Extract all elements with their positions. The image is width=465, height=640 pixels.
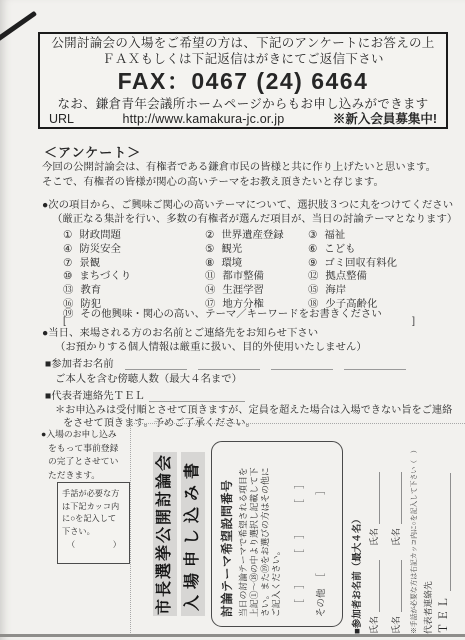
bracket-open: （ (67, 539, 75, 552)
survey-intro-line2: そこで、有権者の皆様が関心の高いテーマをお教え頂きたいと存じます。 (42, 176, 436, 191)
scan-bottom-edge (0, 634, 465, 637)
theme-box-body-line3: さい。また⑲をお選びの方はその他に (260, 450, 271, 617)
theme-slot-3: ［ ］ (291, 479, 306, 509)
fax-instruction-box: 公開討論会の入場をご希望の方は、下記のアンケートにお答えの上 ＦＡＸもしくは下記… (38, 32, 448, 129)
sign-language-note-box: 手話が必要な方 は下記カッコ内 に○を記入して 下さい。 （ ） (57, 482, 130, 564)
participants-label: ■参加者お名前 (45, 355, 114, 370)
theme-item: ⑩まちづくり (63, 267, 205, 281)
form-tel-blank (439, 473, 451, 591)
theme-slot-1: ［ ］ (291, 579, 306, 609)
form-sign-language-note: ※手話が必要な方は右記カッコ内に○を記入して下さい（ ） (408, 446, 418, 634)
entry-form-rotated: 市長選挙公開討論会 入場申し込み書 討論テーマ希望設問番号 当日の討論テーマで希… (145, 428, 462, 640)
theme-item: ⑮海岸 (308, 281, 455, 295)
url-line: URL http://www.kamakura-jc.or.jp ※新入会員募集… (40, 112, 446, 127)
entry-form-title-line1: 市長選挙公開討論会 (153, 452, 177, 616)
form-name-row-1: 氏名 氏名 (367, 472, 380, 634)
form-name-row-2: 氏名 氏名 (389, 472, 402, 634)
other-theme-field: その他 ［ ］ (313, 450, 327, 617)
theme-options-grid: ①財政問題 ②世界遺産登録 ③福祉 ④防災安全 ⑤観光 ⑥こども ⑦景観 ⑧環境… (63, 226, 455, 309)
fax-instruction-line1: 公開討論会の入場をご希望の方は、下記のアンケートにお答えの上 (51, 35, 434, 51)
theme-request-box-title: 討論テーマ希望設問番号 (218, 450, 235, 617)
theme-item: ④防災安全 (63, 240, 205, 254)
homepage-note: なお、鎌倉青年会議所ホームページからもお申し込みができます (58, 96, 429, 112)
theme-item: ①財政問題 (63, 226, 205, 240)
form-name-blank-3 (391, 560, 402, 612)
theme-box-body-line2: 上記①〜⑱の中より選択し記載して下 (249, 450, 260, 617)
theme-number-slots: ［ ］ ［ ］ ［ ］ (291, 450, 306, 617)
representative-tel-row: ■代表者連絡先ＴＥＬ (45, 387, 245, 402)
theme-request-box: 討論テーマ希望設問番号 当日の討論テーマで希望される項目を 上記①〜⑱の中より選… (211, 441, 343, 627)
pre-registration-line2: をもって事前登録 (41, 442, 118, 456)
sign-box-line2: は下記カッコ内 (62, 501, 126, 514)
theme-item: ⑥こども (308, 240, 455, 254)
name-label: 氏名 (367, 528, 380, 546)
fax-number: FAX：0467 (24) 6464 (118, 68, 369, 94)
theme-item: ⑤観光 (205, 240, 308, 254)
form-name-blank-4 (391, 472, 402, 524)
name-label: 氏名 (389, 616, 402, 634)
recruit-note: ※新入会員募集中! (333, 112, 437, 127)
participant-name-blank-4 (344, 358, 406, 370)
survey-title: ＜アンケート＞ (44, 142, 141, 161)
caution-line2: をさせて頂きます。予めご了承ください。 (63, 414, 256, 429)
cut-line-horizontal (130, 423, 465, 424)
sign-box-line1: 手話が必要な方 (62, 488, 126, 501)
theme-item: ⑨ゴミ回収有料化 (308, 254, 455, 268)
sign-box-line3: に○を記入して (62, 513, 126, 526)
theme-request-box-body: 当日の討論テーマで希望される項目を 上記①〜⑱の中より選択し記載して下 さい。ま… (238, 450, 282, 617)
pre-registration-line1: ●入場のお申し込み (41, 428, 118, 442)
survey-intro-line1: 今回の公開討論会は、有権者である鎌倉市民の皆様と共に作り上げたいと思います。 (42, 161, 436, 176)
theme-item: ⑧環境 (205, 254, 308, 268)
tel-label: ■代表者連絡先ＴＥＬ (45, 387, 145, 402)
pre-registration-line3: の完了とさせてい (41, 455, 118, 469)
form-tel-label: ＴＥＬ (435, 595, 451, 634)
theme-item: ⑬教育 (63, 281, 205, 295)
participant-name-blank-3 (271, 358, 333, 370)
scan-corner-artifact (0, 11, 37, 43)
entry-form-title-line2: 入場申し込み書 (181, 452, 205, 616)
site-url: http://www.kamakura-jc.or.jp (122, 112, 284, 127)
name-label: 氏名 (389, 528, 402, 546)
theme-item: ③福祉 (308, 226, 455, 240)
theme-item: ⑪都市整備 (205, 267, 308, 281)
sign-language-circle-field: （ ） (62, 539, 126, 552)
question1-note: （厳正なる集計を行い、多数の有権者が選んだ項目が、当日の討論テーマとなります） (52, 210, 457, 225)
participant-name-blank-2 (198, 358, 260, 370)
form-name-blank-2 (369, 472, 380, 524)
sign-box-line4: 下さい。 (62, 526, 126, 539)
theme-item: ⑫拠点整備 (308, 267, 455, 281)
scanned-flyer-page: 公開討論会の入場をご希望の方は、下記のアンケートにお答えの上 ＦＡＸもしくは下記… (0, 0, 465, 640)
form-contact-label: 代表者連絡先 (421, 581, 434, 634)
form-tel-row: ＴＥＬ (435, 473, 451, 634)
companions-note: ご本人を含む傍聴人数（最大４名まで） (55, 370, 242, 385)
bracket-close: ） (113, 539, 121, 552)
cut-line-vertical (130, 423, 131, 637)
bracket-close: ］ (313, 485, 327, 495)
form-name-blank-1 (369, 560, 380, 612)
pre-registration-line4: ただきます。 (41, 469, 118, 483)
question1-label: ●次の項目から、ご興味ご関心の高いテーマについて、選択肢３つに丸をつけてください (42, 196, 453, 211)
theme-slot-2: ［ ］ (291, 529, 306, 559)
theme-item: ②世界遺産登録 (205, 226, 308, 240)
question2-note: （お預かりする個人情報は厳重に扱い、目的外使用いたしません） (55, 338, 367, 353)
entry-form: 市長選挙公開討論会 入場申し込み書 討論テーマ希望設問番号 当日の討論テーマで希… (145, 428, 462, 640)
survey-intro: 今回の公開討論会は、有権者である鎌倉市民の皆様と共に作り上げたいと思います。 そ… (42, 161, 436, 190)
bracket-close: ] (412, 316, 415, 327)
theme-box-body-line4: ご記入ください。 (271, 450, 282, 617)
form-participants-label: ■参加者お名前（最大４名） (349, 514, 363, 634)
participant-names-row: ■参加者お名前 (45, 355, 406, 370)
theme-item: ⑦景観 (63, 254, 205, 268)
question2-label: ●当日、来場される方のお名前とご連絡先をお知らせ下さい (42, 324, 318, 339)
other-label: その他 (313, 588, 327, 617)
bracket-open: ［ (313, 573, 327, 583)
theme-box-body-line1: 当日の討論テーマで希望される項目を (238, 450, 249, 617)
participant-name-blank-1 (125, 358, 187, 370)
theme-item: ⑭生涯学習 (205, 281, 308, 295)
fax-instruction-line2: ＦＡＸもしくは下記返信はがきにてご返信下さい (102, 51, 384, 67)
pre-registration-note: ●入場のお申し込み をもって事前登録 の完了とさせてい ただきます。 (41, 428, 118, 482)
url-label: URL (49, 112, 74, 127)
name-label: 氏名 (367, 616, 380, 634)
